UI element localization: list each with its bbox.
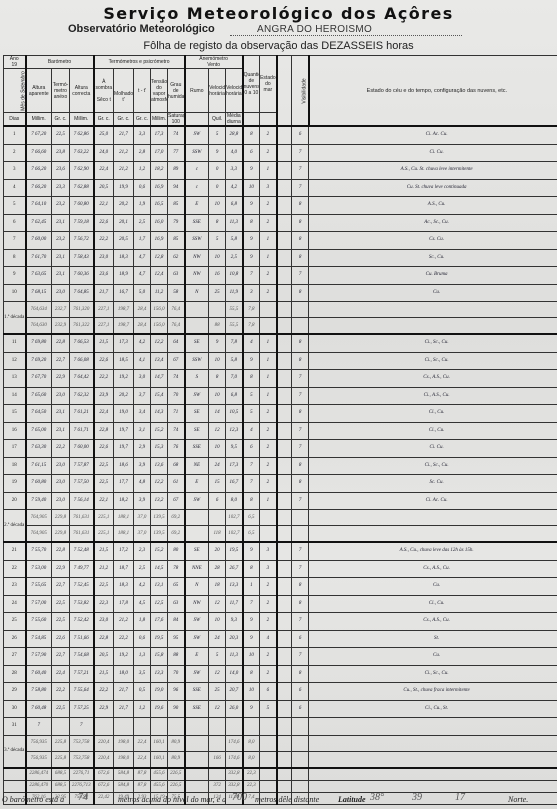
cell-ch (277, 526, 292, 543)
cell-vi: 8 (292, 665, 309, 683)
cell-hu: 63 (168, 595, 185, 613)
table-row: 197 60,8023,07 57,5022,517,74,812,261E15… (4, 475, 557, 493)
cell-ta: 23,0 (52, 284, 70, 302)
cell-v1: 16 (209, 267, 226, 285)
day-number: 23 (4, 578, 26, 596)
cell-ma: 5 (260, 700, 277, 718)
sky-remarks: Ci., Sc., Cu. (309, 457, 557, 475)
cell-hu: 80 (168, 542, 185, 560)
cell-v2: 11,9 (226, 284, 243, 302)
cell-nu: 9 (243, 249, 260, 267)
table-row: 57 64,1023,27 60,8022,120,21,916,585E106… (4, 197, 557, 215)
rain-header: Chuva das 2 horas às 16 horas (277, 56, 292, 127)
cell-ts: 23,6 (94, 267, 114, 285)
latitude-label: Latitude (338, 795, 366, 804)
decade-summary-row: 1.ª década764,634232,7761,320227,1198,72… (4, 302, 557, 318)
cell-ts: 20,5 (94, 179, 114, 197)
cell-ac: 7 51,66 (70, 630, 94, 648)
cell-ru: NW (185, 249, 209, 267)
cell-ts: 23,0 (94, 249, 114, 267)
cell-ac: 2276,713 (70, 780, 94, 792)
cell-aa: 7 65,00 (26, 422, 52, 440)
cell-tm: 18,9 (114, 267, 134, 285)
sky-remarks (309, 526, 557, 543)
cell-v1: 12 (209, 665, 226, 683)
cell-v2: 102,7 (226, 526, 243, 543)
sky-remarks: Cu. Bruma (309, 267, 557, 285)
cell-aa: 7 54,85 (26, 630, 52, 648)
cell-ru (185, 718, 209, 736)
cell-ac: 7 66,53 (70, 334, 94, 352)
cell-v1: 5 (209, 232, 226, 250)
cell-tv: 15,2 (151, 422, 168, 440)
cell-ac: 7 62,32 (70, 387, 94, 405)
cell-v2: 332,8 (226, 768, 243, 781)
cell-ru: SSE (185, 683, 209, 701)
cell-ts: 22,4 (94, 405, 114, 423)
cell-ta: 22,7 (52, 352, 70, 370)
cell-ch (277, 751, 292, 768)
cell-ts: 22,8 (94, 422, 114, 440)
cell-ta: 232,7 (52, 302, 70, 318)
cell-tm: 21,7 (114, 700, 134, 718)
cell-hu: 67 (168, 492, 185, 510)
cell-df: 2,3 (134, 542, 151, 560)
cell-ac: 7 60,00 (70, 440, 94, 458)
cell-tv: 12,2 (151, 475, 168, 493)
cell-df: 4,2 (134, 578, 151, 596)
cell-ta: 23,0 (52, 492, 70, 510)
cell-ru: N (185, 284, 209, 302)
meters-label: metros acima do nível do mar, e a (118, 795, 226, 804)
cell-ru: c (185, 179, 209, 197)
attached-thermometer-header: Termó-metro anéxo (52, 69, 70, 113)
cell-ma: 2 (260, 475, 277, 493)
table-row: 127 69,2022,77 66,0822,618,54,113,467SSW… (4, 352, 557, 370)
cell-ch (277, 422, 292, 440)
cell-df: 5,0 (134, 284, 151, 302)
cell-nu: 8 (243, 214, 260, 232)
decade-summary-row: 3.ª década756,935225,8753,758220,4198,02… (4, 735, 557, 751)
cell-aa: 7 55,65 (26, 578, 52, 596)
cell-v1: 12 (209, 595, 226, 613)
cell-v1: 5 (209, 648, 226, 666)
cell-ru: SE (185, 422, 209, 440)
cell-ac: 7 61,71 (70, 422, 94, 440)
cell-ta: 22,8 (52, 334, 70, 352)
cell-v1: 118 (209, 526, 226, 543)
cell-tv: 19,6 (151, 700, 168, 718)
cell-v1: 12 (209, 700, 226, 718)
cell-ac: 7 60,36 (70, 267, 94, 285)
cell-vi (292, 735, 309, 751)
observation-table: Ano19 Barómetro Termómetros e psicrómetr… (3, 55, 557, 805)
day-number: 12 (4, 352, 26, 370)
cell-ch (277, 735, 292, 751)
cell-ch (277, 780, 292, 792)
decade-summary-row: 764,630232,9761,322227,1198,728,4156,076… (4, 318, 557, 335)
cell-tv: 156,0 (151, 318, 168, 335)
cell-ch (277, 302, 292, 318)
cell-nu: 9 (243, 542, 260, 560)
difference-header: t - t' (134, 69, 151, 113)
cell-hu: 70 (168, 387, 185, 405)
cell-df: 3,1 (134, 422, 151, 440)
cell-vi: 8 (292, 352, 309, 370)
cell-ru (185, 780, 209, 792)
humidity-header: Grau de humidade (168, 69, 185, 113)
cell-v1 (209, 510, 226, 526)
cell-ma: 1 (260, 370, 277, 388)
cell-ts: 22,1 (94, 492, 114, 510)
cell-v1: 12 (209, 422, 226, 440)
cell-ta: 22,5 (52, 613, 70, 631)
cell-nu: 9 (243, 232, 260, 250)
sky-remarks: Ci., Sc., Cu. (309, 352, 557, 370)
cell-v2: 5,8 (226, 352, 243, 370)
cell-ru: SSE (185, 214, 209, 232)
table-row: 187 61,1523,07 57,8722,518,63,913,668NE2… (4, 457, 557, 475)
cell-tm: 19,0 (114, 405, 134, 423)
day-number: 27 (4, 648, 26, 666)
unit-grc: Gr. c. (52, 113, 70, 127)
cell-v1: 6 (209, 492, 226, 510)
cell-tm: 17,2 (114, 542, 134, 560)
cell-ta: 22,5 (52, 595, 70, 613)
table-row: 107 68,1523,07 64,8521,716,75,011,258N25… (4, 284, 557, 302)
cell-nu: 7 (243, 475, 260, 493)
cell-df: 3,5 (134, 665, 151, 683)
cell-ru: N (185, 578, 209, 596)
cell-ts: 672,6 (94, 780, 114, 792)
cell-ru: SE (185, 405, 209, 423)
cell-tm: 19,7 (114, 440, 134, 458)
cell-v1: 28 (209, 560, 226, 578)
cell-ma (260, 718, 277, 736)
cell-tv: 17,3 (151, 126, 168, 144)
sea-state-header: Estado do mar (260, 56, 277, 113)
cell-ts: 672,6 (94, 768, 114, 781)
sky-remarks (309, 768, 557, 781)
cell-ru (185, 510, 209, 526)
cell-tm: 19,7 (114, 422, 134, 440)
cell-ac: 7 62,88 (70, 179, 94, 197)
cell-df: 3,9 (134, 492, 151, 510)
cell-ta: 23,1 (52, 249, 70, 267)
cell-hu: 80,9 (168, 735, 185, 751)
day-number: 19 (4, 475, 26, 493)
unit-grc: Gr. c. (114, 113, 134, 127)
cell-df: 4,7 (134, 267, 151, 285)
table-row: 67 62,4523,17 59,1822,620,12,516,079SSE8… (4, 214, 557, 232)
cell-nu: 5 (243, 405, 260, 423)
cell-vi: 7 (292, 162, 309, 180)
cell-ch (277, 595, 292, 613)
cell-ma: 6 (260, 683, 277, 701)
day-number: 13 (4, 370, 26, 388)
cell-v2: 4,0 (226, 144, 243, 162)
cell-ch (277, 718, 292, 736)
cell-nu: 9 (243, 700, 260, 718)
cell-tv: 160,1 (151, 735, 168, 751)
sky-remarks: Ci., Cu., St. (309, 700, 557, 718)
unit-mean: Média diurna (226, 113, 243, 127)
cell-tv: 18,2 (151, 162, 168, 180)
cell-nu: 22,3 (243, 780, 260, 792)
sky-remarks: Cu. St. chuva leve continuada (309, 179, 557, 197)
cell-tv: 139,5 (151, 510, 168, 526)
cell-ru: SW (185, 630, 209, 648)
cell-ru: c (185, 162, 209, 180)
cell-ru: SSW (185, 232, 209, 250)
cell-df: 4,7 (134, 249, 151, 267)
cell-ru: SW (185, 492, 209, 510)
cell-aa: 764,630 (26, 318, 52, 335)
table-row: 27 66,6023,87 63,2224,021,22,817,077SSW9… (4, 144, 557, 162)
cell-hu: 88 (168, 648, 185, 666)
sky-remarks: Ci., Sc., Cu. (309, 665, 557, 683)
day-number: 30 (4, 700, 26, 718)
cell-v2: 11,3 (226, 648, 243, 666)
cell-nu: 8 (243, 370, 260, 388)
day-number: 10 (4, 284, 26, 302)
cell-ta: 23,1 (52, 405, 70, 423)
cell-tv: 455,6 (151, 768, 168, 781)
cell-v1: 24 (209, 457, 226, 475)
cell-vi: 6 (292, 126, 309, 144)
cell-vi: 7 (292, 267, 309, 285)
cell-hu: 89 (168, 162, 185, 180)
cell-nu: 5 (243, 387, 260, 405)
cell-ac: 7 60,80 (70, 197, 94, 215)
cell-ta: 23,6 (52, 162, 70, 180)
cell-ma: 3 (260, 560, 277, 578)
cell-aa: 7 61,70 (26, 249, 52, 267)
cell-tv: 12,5 (151, 595, 168, 613)
cell-v2: 12,3 (226, 422, 243, 440)
cell-ac: 761,320 (70, 302, 94, 318)
decade-summary-row: 764,905229,8761,631225,1188,137,0139,569… (4, 526, 557, 543)
cell-aa: 7 69,80 (26, 334, 52, 352)
cell-ch (277, 387, 292, 405)
cell-ta: 22,7 (52, 648, 70, 666)
cell-tm: 18,0 (114, 665, 134, 683)
cell-nu: 8 (243, 560, 260, 578)
decade-summary-row: 2.ª década764,905229,8761,631225,1188,13… (4, 510, 557, 526)
cell-v2: 55,5 (226, 318, 243, 335)
cell-tm: 21,2 (114, 162, 134, 180)
cell-v2: 102,7 (226, 510, 243, 526)
day-number: 22 (4, 560, 26, 578)
cell-vi: 7 (292, 440, 309, 458)
cell-tv: 13,3 (151, 665, 168, 683)
cell-nu: 6,5 (243, 526, 260, 543)
cell-ts: 227,1 (94, 302, 114, 318)
latitude-seconds: 17 (455, 792, 465, 803)
cell-v1: 0 (209, 179, 226, 197)
table-row: 17 67,2022,57 62,8625,021,73,317,374SW52… (4, 126, 557, 144)
cell-ma: 2 (260, 665, 277, 683)
cell-ma: 2 (260, 144, 277, 162)
cell-ac: 7 56,72 (70, 232, 94, 250)
table-row: 207 59,4023,07 56,1422,118,23,913,267SW6… (4, 492, 557, 510)
wind-speed-header: Velocidade horária (209, 69, 226, 113)
cell-hu: 58 (168, 284, 185, 302)
sky-remarks: Cs., A.S., Cu. (309, 613, 557, 631)
cell-ch (277, 630, 292, 648)
cell-ma: 2 (260, 578, 277, 596)
cell-ac: 7 52,48 (70, 542, 94, 560)
cell-ta: 22,2 (52, 440, 70, 458)
sky-remarks: Cu. (309, 578, 557, 596)
barometer-header: Barómetro (26, 56, 94, 69)
cell-ac: 7 61,21 (70, 405, 94, 423)
cell-ru: SSW (185, 352, 209, 370)
cell-ac: 7 57,21 (70, 665, 94, 683)
cell-ma (260, 735, 277, 751)
cell-tv: 139,5 (151, 526, 168, 543)
cell-ts (94, 718, 114, 736)
cell-vi: 7 (292, 422, 309, 440)
wet-bulb-header: Molhado t' (114, 69, 134, 113)
cell-nu: 9 (243, 352, 260, 370)
sky-remarks: Cu. (309, 648, 557, 666)
cell-v2: 7,0 (226, 370, 243, 388)
cell-ma (260, 751, 277, 768)
cell-aa: 764,905 (26, 510, 52, 526)
cell-ch (277, 700, 292, 718)
cell-v1: 166 (209, 751, 226, 768)
cell-ts: 22,6 (94, 352, 114, 370)
cell-v1: 8 (209, 214, 226, 232)
cell-vi: 7 (292, 370, 309, 388)
cell-ts: 22,9 (94, 700, 114, 718)
cell-ta: 22,9 (52, 560, 70, 578)
cell-tv: 19,0 (151, 683, 168, 701)
cell-ta: 229,8 (52, 526, 70, 543)
day-number: 9 (4, 267, 26, 285)
cell-ru (185, 302, 209, 318)
sky-remarks (309, 735, 557, 751)
cell-v2: 174,6 (226, 751, 243, 768)
cell-tm: 18,6 (114, 457, 134, 475)
cell-ch (277, 144, 292, 162)
cell-hu: 67 (168, 352, 185, 370)
cell-vi (292, 718, 309, 736)
cell-nu: 10 (243, 683, 260, 701)
cell-ch (277, 405, 292, 423)
cell-vi (292, 318, 309, 335)
cell-tm: 188,1 (114, 510, 134, 526)
cell-tm: 20,2 (114, 197, 134, 215)
table-row: 247 57,0022,57 53,8222,317,84,512,563NW1… (4, 595, 557, 613)
cell-nu: 9 (243, 162, 260, 180)
cell-df: 0,5 (134, 683, 151, 701)
day-number: 2 (4, 144, 26, 162)
cell-ru: E (185, 475, 209, 493)
cell-v1: 10 (209, 440, 226, 458)
cell-hu: 226,5 (168, 768, 185, 781)
cell-ch (277, 578, 292, 596)
cell-ta: 22,9 (52, 370, 70, 388)
cell-aa: 7 55,70 (26, 542, 52, 560)
latitude-minutes: 39 (412, 792, 422, 803)
cell-tm: 20,2 (114, 387, 134, 405)
cell-tm: 198,7 (114, 302, 134, 318)
cell-hu: 80,9 (168, 751, 185, 768)
cell-ts: 220,4 (94, 751, 114, 768)
day-number: 4 (4, 179, 26, 197)
table-row: 177 63,3022,27 60,0022,619,72,915,376SSE… (4, 440, 557, 458)
cell-ru: NW (185, 595, 209, 613)
cell-ma: 2 (260, 284, 277, 302)
cell-tv: 16,9 (151, 232, 168, 250)
cell-hu: 62 (168, 249, 185, 267)
table-row: 217 55,7022,87 52,4821,517,22,315,280SE2… (4, 542, 557, 560)
cell-tv: 12,2 (151, 334, 168, 352)
day-number: 3 (4, 162, 26, 180)
sky-remarks: A.S., Cu., chuva leve das 12h às 15h. (309, 542, 557, 560)
unit-saturation: Saturação 100 (168, 113, 185, 127)
cell-ma: 4 (260, 630, 277, 648)
cell-ts: 22,8 (94, 630, 114, 648)
month-header: Mês de Setembro (4, 69, 26, 113)
cell-df: 28,4 (134, 302, 151, 318)
cell-ma: 3 (260, 179, 277, 197)
cell-v2: 7,8 (226, 334, 243, 352)
cell-ru (185, 526, 209, 543)
cell-df: 28,4 (134, 318, 151, 335)
cell-ma (260, 302, 277, 318)
cell-tm: 17,3 (114, 334, 134, 352)
cell-ru: NE (185, 457, 209, 475)
sky-remarks: Cu., St., chuva fraca intermitente (309, 683, 557, 701)
cell-aa: 7 68,15 (26, 284, 52, 302)
visibility-header: Visibilidade (292, 56, 309, 127)
cell-tv: 17,6 (151, 613, 168, 631)
cell-v2: 5,8 (226, 232, 243, 250)
cell-vi: 8 (292, 249, 309, 267)
day-number: 25 (4, 613, 26, 631)
sky-remarks: Ci. Ac. Cu. (309, 126, 557, 144)
sky-remarks (309, 751, 557, 768)
cell-aa: 7 60,80 (26, 475, 52, 493)
cell-ma (260, 526, 277, 543)
cell-tm: 18,2 (114, 492, 134, 510)
cell-ts: 23,0 (94, 613, 114, 631)
cell-ma: 2 (260, 197, 277, 215)
cell-hu: 95 (168, 630, 185, 648)
cell-ts: 25,0 (94, 126, 114, 144)
cell-ch (277, 267, 292, 285)
cell-ac: 7 64,85 (70, 284, 94, 302)
cell-tm: 18,3 (114, 578, 134, 596)
cell-ch (277, 510, 292, 526)
table-row: 77 60,0023,27 56,7222,220,51,716,985SSW5… (4, 232, 557, 250)
year-header: Ano19 (4, 56, 26, 69)
cell-aa: 2286,474 (26, 768, 52, 781)
cell-v2: 11,3 (226, 214, 243, 232)
cell-vi (292, 302, 309, 318)
cell-v2: 19,5 (226, 542, 243, 560)
cell-ru: SE (185, 542, 209, 560)
sky-remarks: Ci. Ac. Cu. (309, 492, 557, 510)
cell-ma: 2 (260, 267, 277, 285)
cell-v2: 6,8 (226, 387, 243, 405)
table-row: 297 58,8022,27 55,6422,221,70,519,096SSE… (4, 683, 557, 701)
cell-v2: 26,7 (226, 560, 243, 578)
cell-df: 1,8 (134, 613, 151, 631)
